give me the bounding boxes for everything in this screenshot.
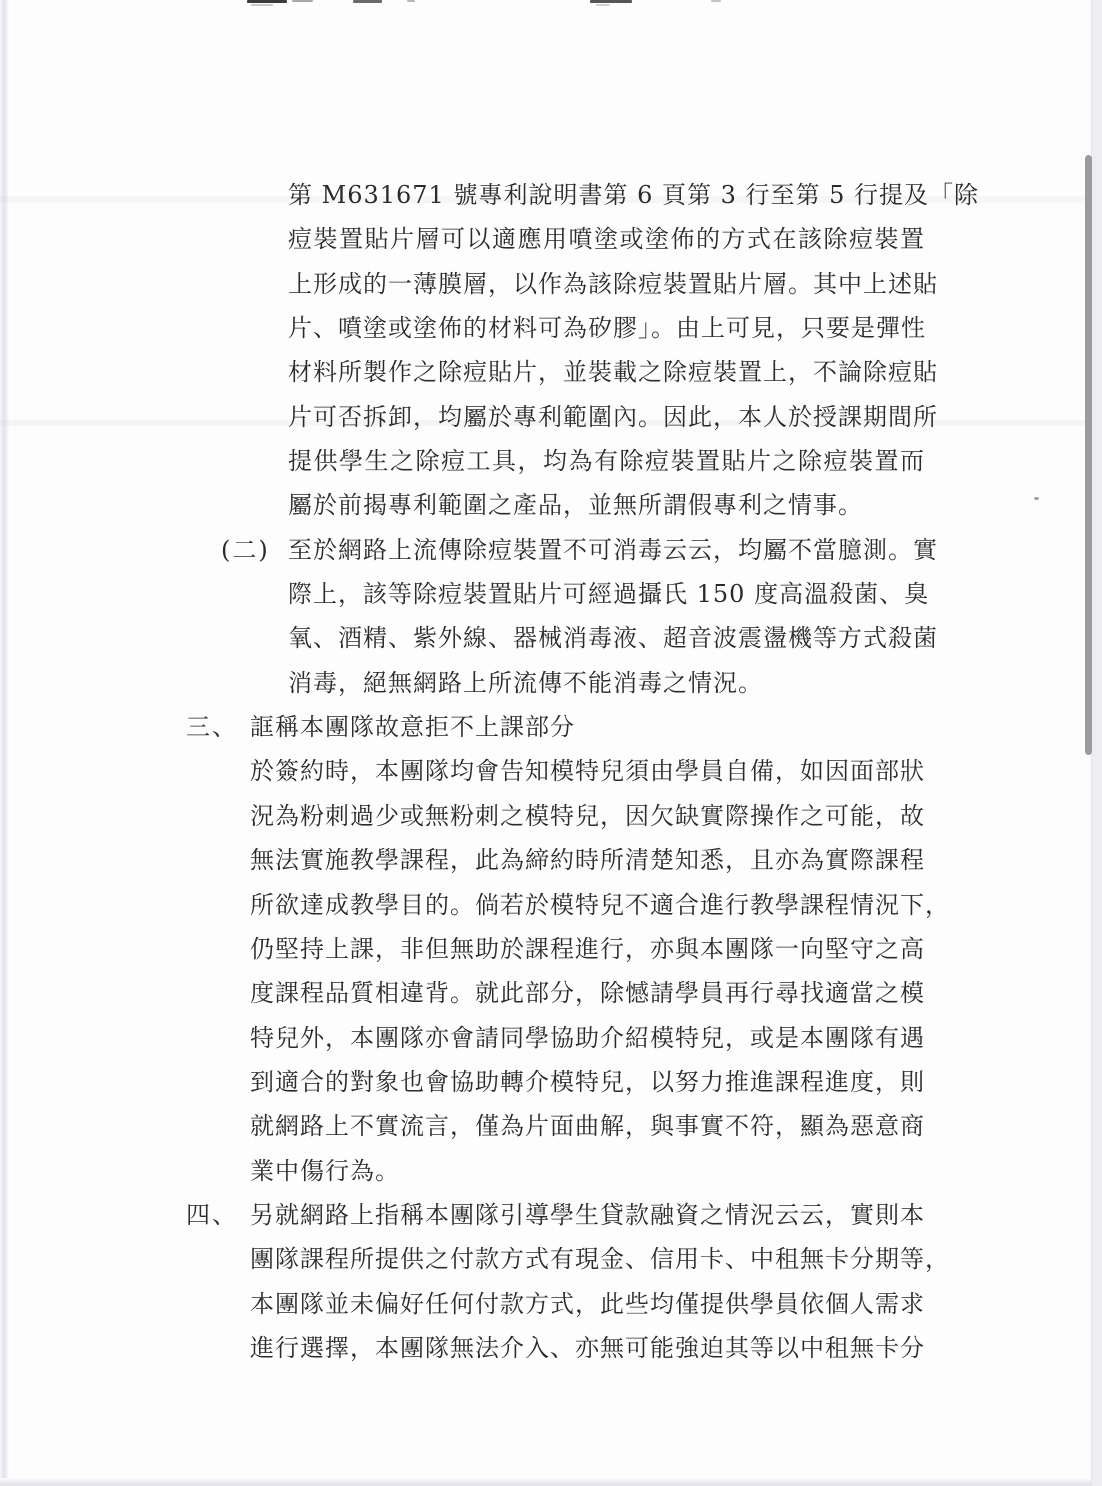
document-line-text: 誆稱本團隊故意拒不上課部分 bbox=[250, 713, 575, 741]
document-line: 屬於前揭專利範圍之產品，並無所謂假專利之情事。 bbox=[288, 483, 925, 527]
scrollbar-track[interactable] bbox=[1091, 0, 1102, 1486]
document-line: 特兒外，本團隊亦會請同學協助介紹模特兒，或是本團隊有遇 bbox=[250, 1016, 925, 1060]
list-marker-section-4: 四、 bbox=[186, 1193, 238, 1237]
document-line: 際上，該等除痘裝置貼片可經過攝氏 150 度高溫殺菌、臭 bbox=[288, 572, 925, 616]
scan-artifact-mark bbox=[596, 4, 610, 6]
list-marker-section-2: (二) bbox=[221, 528, 270, 572]
scan-artifact-mark bbox=[590, 0, 632, 3]
document-text-block: 第 M631671 號專利說明書第 6 頁第 3 行至第 5 行提及「除 痘裝置… bbox=[0, 173, 1102, 1370]
scan-artifact-mark bbox=[353, 0, 382, 3]
document-line: 片可否拆卸，均屬於專利範圍內。因此，本人於授課期間所 bbox=[288, 395, 925, 439]
document-line: 況為粉刺過少或無粉刺之模特兒，因欠缺實際操作之可能，故 bbox=[250, 794, 925, 838]
list-marker-section-3: 三、 bbox=[186, 705, 238, 749]
scan-artifact-mark bbox=[247, 0, 287, 3]
document-line: 就網路上不實流言，僅為片面曲解，與事實不符，顯為惡意商 bbox=[250, 1104, 925, 1148]
document-line: 進行選擇，本團隊無法介入、亦無可能強迫其等以中租無卡分 bbox=[250, 1326, 925, 1370]
document-line: 所欲達成教學目的。倘若於模特兒不適合進行教學課程情況下， bbox=[250, 883, 925, 927]
document-line: 到適合的對象也會協助轉介模特兒，以努力推進課程進度，則 bbox=[250, 1060, 925, 1104]
document-line: 痘裝置貼片層可以適應用噴塗或塗佈的方式在該除痘裝置 bbox=[288, 217, 925, 261]
scan-artifact-mark bbox=[407, 0, 415, 2]
document-line: 四、另就網路上指稱本團隊引導學生貸款融資之情況云云，實則本 bbox=[250, 1193, 925, 1237]
document-line-text: 至於網路上流傳除痘裝置不可消毒云云，均屬不當臆測。實 bbox=[288, 536, 938, 564]
document-line: (二)至於網路上流傳除痘裝置不可消毒云云，均屬不當臆測。實 bbox=[288, 528, 925, 572]
scan-artifact-mark bbox=[251, 4, 273, 6]
document-line: 於簽約時，本團隊均會告知模特兒須由學員自備，如因面部狀 bbox=[250, 749, 925, 793]
document-scan-page: 第 M631671 號專利說明書第 6 頁第 3 行至第 5 行提及「除 痘裝置… bbox=[0, 0, 1102, 1486]
scrollbar-thumb[interactable] bbox=[1085, 155, 1092, 755]
document-line: 第 M631671 號專利說明書第 6 頁第 3 行至第 5 行提及「除 bbox=[288, 173, 925, 217]
document-line: 材料所製作之除痘貼片，並裝載之除痘裝置上，不論除痘貼 bbox=[288, 350, 925, 394]
scan-artifact-mark bbox=[292, 0, 313, 2]
document-line: 片、噴塗或塗佈的材料可為矽膠」。由上可見，只要是彈性 bbox=[288, 306, 925, 350]
document-line: 業中傷行為。 bbox=[250, 1149, 925, 1193]
document-line: 氧、酒精、紫外線、器械消毒液、超音波震盪機等方式殺菌 bbox=[288, 616, 925, 660]
document-line: 無法實施教學課程，此為締約時所清楚知悉，且亦為實際課程 bbox=[250, 838, 925, 882]
scan-artifact-mark bbox=[711, 0, 721, 2]
document-line: 團隊課程所提供之付款方式有現金、信用卡、中租無卡分期等， bbox=[250, 1237, 925, 1281]
document-line: 提供學生之除痘工具，均為有除痘裝置貼片之除痘裝置而 bbox=[288, 439, 925, 483]
document-line-text: 另就網路上指稱本團隊引導學生貸款融資之情況云云，實則本 bbox=[250, 1201, 925, 1229]
document-line: 本團隊並未偏好任何付款方式，此些均僅提供學員依個人需求 bbox=[250, 1282, 925, 1326]
page-bottom-edge-shadow bbox=[0, 1478, 1102, 1486]
document-line: 上形成的一薄膜層，以作為該除痘裝置貼片層。其中上述貼 bbox=[288, 262, 925, 306]
document-line: 度課程品質相違背。就此部分，除憾請學員再行尋找適當之模 bbox=[250, 971, 925, 1015]
document-line: 三、誆稱本團隊故意拒不上課部分 bbox=[250, 705, 925, 749]
document-line: 仍堅持上課，非但無助於課程進行，亦與本團隊一向堅守之高 bbox=[250, 927, 925, 971]
document-line: 消毒，絕無網路上所流傳不能消毒之情況。 bbox=[288, 661, 925, 705]
